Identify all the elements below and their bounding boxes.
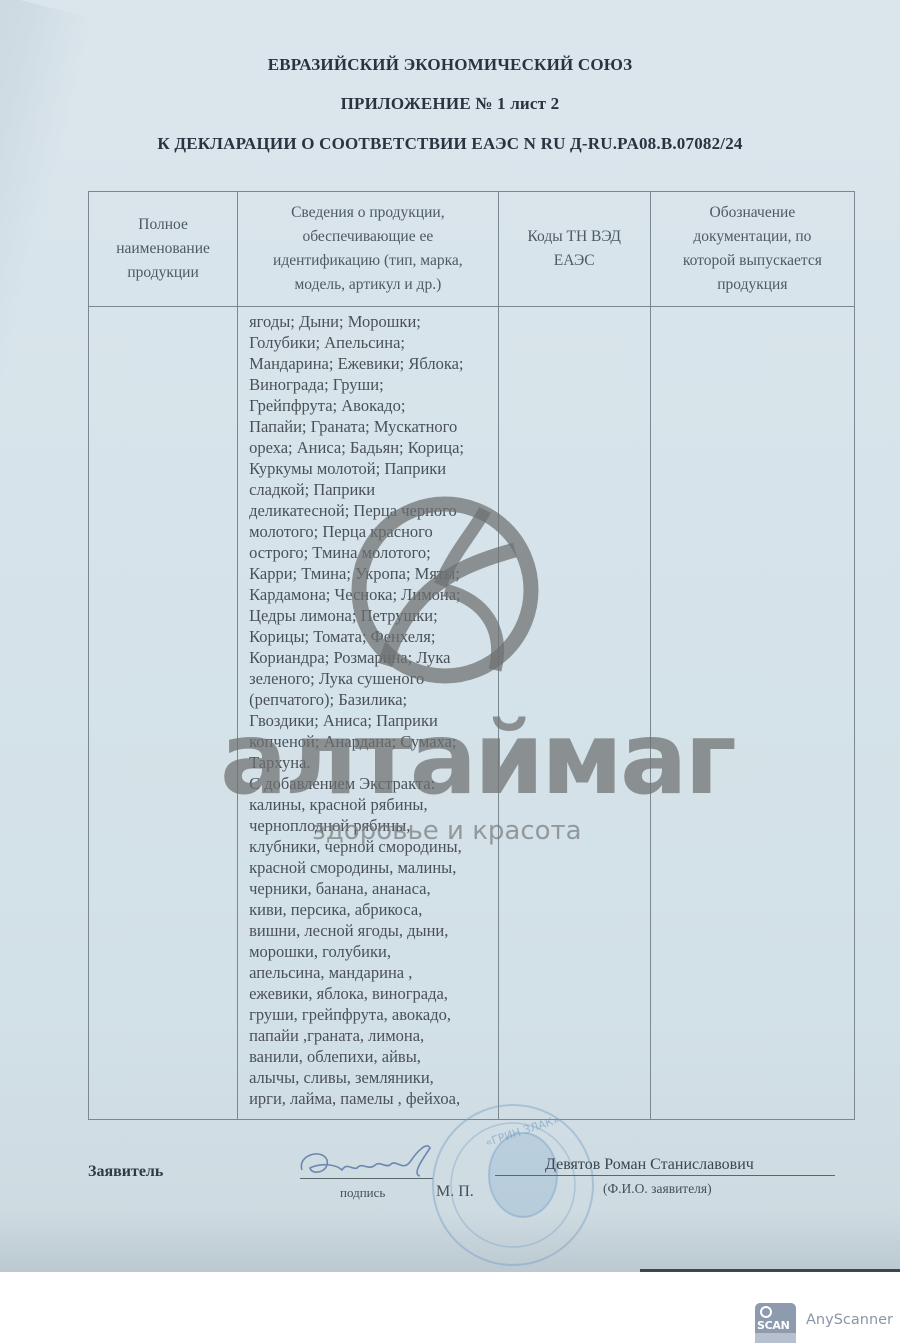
scan-app-icon: SCAN bbox=[755, 1303, 796, 1343]
product-info-line: ежевики, яблока, винограда, bbox=[249, 983, 491, 1004]
product-info-line: вишни, лесной ягоды, дыни, bbox=[249, 920, 491, 941]
col-hs-codes: Коды ТН ВЭДЕАЭС bbox=[498, 192, 650, 307]
cell-hs-codes bbox=[498, 307, 650, 1120]
col-product-info: Сведения о продукции,обеспечивающие ееид… bbox=[238, 192, 499, 307]
header-declaration-number: К ДЕКЛАРАЦИИ О СООТВЕТСТВИИ ЕАЭС N RU Д-… bbox=[0, 134, 900, 154]
product-info-line: Цедры лимона; Петрушки; bbox=[249, 605, 491, 626]
product-info-line: черники, банана, ананаса, bbox=[249, 878, 491, 899]
product-info-line: клубники, черной смородины, bbox=[249, 836, 491, 857]
applicant-label: Заявитель bbox=[88, 1163, 163, 1181]
table-header-row: Полноенаименованиепродукции Сведения о п… bbox=[89, 192, 855, 307]
product-info-line: алычы, сливы, земляники, bbox=[249, 1067, 491, 1088]
product-info-line: черноплодной рябины, bbox=[249, 815, 491, 836]
scan-icon-label: SCAN bbox=[757, 1319, 790, 1332]
product-info-line: (репчатого); Базилика; bbox=[249, 689, 491, 710]
product-info-line: апельсина, мандарина , bbox=[249, 962, 491, 983]
signature-caption: подпись bbox=[340, 1185, 385, 1201]
col-full-name: Полноенаименованиепродукции bbox=[89, 192, 238, 307]
header-appendix: ПРИЛОЖЕНИЕ № 1 лист 2 bbox=[0, 94, 900, 114]
product-info-text: ягоды; Дыни; Морошки;Голубики; Апельсина… bbox=[239, 308, 497, 1109]
products-table: Полноенаименованиепродукции Сведения о п… bbox=[88, 191, 855, 1120]
product-info-line: Кориандра; Розмарина; Лука bbox=[249, 647, 491, 668]
name-caption: (Ф.И.О. заявителя) bbox=[603, 1181, 712, 1197]
page-edge bbox=[640, 1269, 900, 1272]
product-info-line: молотого; Перца красного bbox=[249, 521, 491, 542]
product-info-line: груши, грейпфрута, авокадо, bbox=[249, 1004, 491, 1025]
product-info-line: Карри; Тмина; Укропа; Мяты; bbox=[249, 563, 491, 584]
product-info-line: Грейпфрута; Авокадо; bbox=[249, 395, 491, 416]
name-line bbox=[495, 1175, 835, 1176]
product-info-line: копченой; Анардана; Сумаха; bbox=[249, 731, 491, 752]
product-info-line: красной смородины, малины, bbox=[249, 857, 491, 878]
product-info-line: киви, персика, абрикоса, bbox=[249, 899, 491, 920]
product-info-line: ягоды; Дыни; Морошки; bbox=[249, 311, 491, 332]
applicant-name: Девятов Роман Станиславович bbox=[545, 1156, 754, 1174]
product-info-line: зеленого; Лука сушеного bbox=[249, 668, 491, 689]
product-info-line: деликатесной; Перца черного bbox=[249, 500, 491, 521]
product-info-line: сладкой; Паприки bbox=[249, 479, 491, 500]
product-info-line: Папайи; Граната; Мускатного bbox=[249, 416, 491, 437]
cell-product-info: ягоды; Дыни; Морошки;Голубики; Апельсина… bbox=[238, 307, 499, 1120]
header-union: ЕВРАЗИЙСКИЙ ЭКОНОМИЧЕСКИЙ СОЮЗ bbox=[0, 55, 900, 75]
product-info-line: Гвоздики; Аниса; Паприки bbox=[249, 710, 491, 731]
product-info-line: Мандарина; Ежевики; Яблока; bbox=[249, 353, 491, 374]
page-fold-shadow bbox=[0, 0, 95, 1272]
product-info-line: С добавлением Экстракта: bbox=[249, 773, 491, 794]
product-info-line: Винограда; Груши; bbox=[249, 374, 491, 395]
scanned-page: ЕВРАЗИЙСКИЙ ЭКОНОМИЧЕСКИЙ СОЮЗ ПРИЛОЖЕНИ… bbox=[0, 0, 900, 1272]
cell-documentation bbox=[650, 307, 854, 1120]
col-documentation: Обозначениедокументации, покоторой выпус… bbox=[650, 192, 854, 307]
signature-line bbox=[300, 1178, 433, 1179]
product-info-line: Тархуна. bbox=[249, 752, 491, 773]
product-info-line: морошки, голубики, bbox=[249, 941, 491, 962]
product-info-line: острого; Тмина молотого; bbox=[249, 542, 491, 563]
product-info-line: папайи ,граната, лимона, bbox=[249, 1025, 491, 1046]
product-info-line: ванили, облепихи, айвы, bbox=[249, 1046, 491, 1067]
product-info-line: Кардамона; Чеснока; Лимона; bbox=[249, 584, 491, 605]
product-info-line: Корицы; Томата; Фенхеля; bbox=[249, 626, 491, 647]
table-row: ягоды; Дыни; Морошки;Голубики; Апельсина… bbox=[89, 307, 855, 1120]
anyscanner-brand: SCAN AnyScanner bbox=[755, 1303, 893, 1343]
company-stamp-icon: «ГРИН ЗЛАК» bbox=[428, 1100, 598, 1270]
scanner-app-name: AnyScanner bbox=[806, 1312, 893, 1328]
cell-full-name bbox=[89, 307, 238, 1120]
product-info-line: Куркумы молотой; Паприки bbox=[249, 458, 491, 479]
product-info-line: Голубики; Апельсина; bbox=[249, 332, 491, 353]
product-info-line: ореха; Аниса; Бадьян; Корица; bbox=[249, 437, 491, 458]
product-info-line: калины, красной рябины, bbox=[249, 794, 491, 815]
